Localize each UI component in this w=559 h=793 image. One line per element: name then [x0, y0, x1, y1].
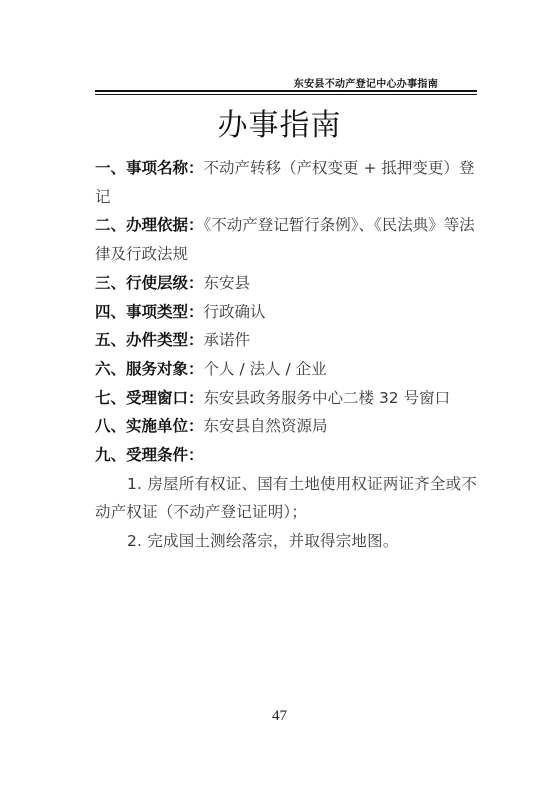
- item-value: 承诺件: [204, 331, 251, 349]
- item-label: 六、服务对象：: [95, 360, 204, 378]
- header-rule-thick: [95, 90, 477, 92]
- page-number: 47: [0, 708, 559, 725]
- item-label: 九、受理条件：: [95, 446, 204, 464]
- item-label: 七、受理窗口：: [95, 389, 204, 407]
- item-basis: 二、办理依据：《不动产登记暂行条例》、《民法典》等法律及行政法规: [95, 211, 479, 268]
- running-header: 东安县不动产登记中心办事指南: [0, 75, 438, 90]
- item-label: 五、办件类型：: [95, 331, 204, 349]
- item-type: 四、事项类型：行政确认: [95, 298, 479, 327]
- item-value: 东安县: [204, 274, 251, 292]
- guide-content: 一、事项名称：不动产转移（产权变更 + 抵押变更）登记 二、办理依据：《不动产登…: [95, 154, 479, 556]
- header-double-rule: [95, 90, 477, 96]
- item-value: 行政确认: [204, 303, 266, 321]
- item-conditions: 九、受理条件：: [95, 441, 479, 470]
- condition-2: 2. 完成国土测绘落宗，并取得宗地图。: [95, 527, 479, 556]
- item-label: 二、办理依据：: [95, 216, 204, 234]
- item-case-type: 五、办件类型：承诺件: [95, 326, 479, 355]
- document-title: 办事指南: [0, 100, 559, 144]
- header-rule-thin: [95, 94, 477, 95]
- item-label: 四、事项类型：: [95, 303, 204, 321]
- item-level: 三、行使层级：东安县: [95, 269, 479, 298]
- item-label: 一、事项名称：: [95, 159, 204, 177]
- condition-1: 1. 房屋所有权证、国有土地使用权证两证齐全或不动产权证（不动产登记证明）；: [95, 470, 479, 527]
- item-name: 一、事项名称：不动产转移（产权变更 + 抵押变更）登记: [95, 154, 479, 211]
- item-value: 个人 / 法人 / 企业: [204, 360, 327, 378]
- item-agency: 八、实施单位：东安县自然资源局: [95, 412, 479, 441]
- item-window: 七、受理窗口：东安县政务服务中心二楼 32 号窗口: [95, 384, 479, 413]
- item-label: 八、实施单位：: [95, 417, 204, 435]
- item-value: 东安县政务服务中心二楼 32 号窗口: [204, 389, 451, 407]
- item-label: 三、行使层级：: [95, 274, 204, 292]
- item-service-target: 六、服务对象：个人 / 法人 / 企业: [95, 355, 479, 384]
- item-value: 东安县自然资源局: [204, 417, 328, 435]
